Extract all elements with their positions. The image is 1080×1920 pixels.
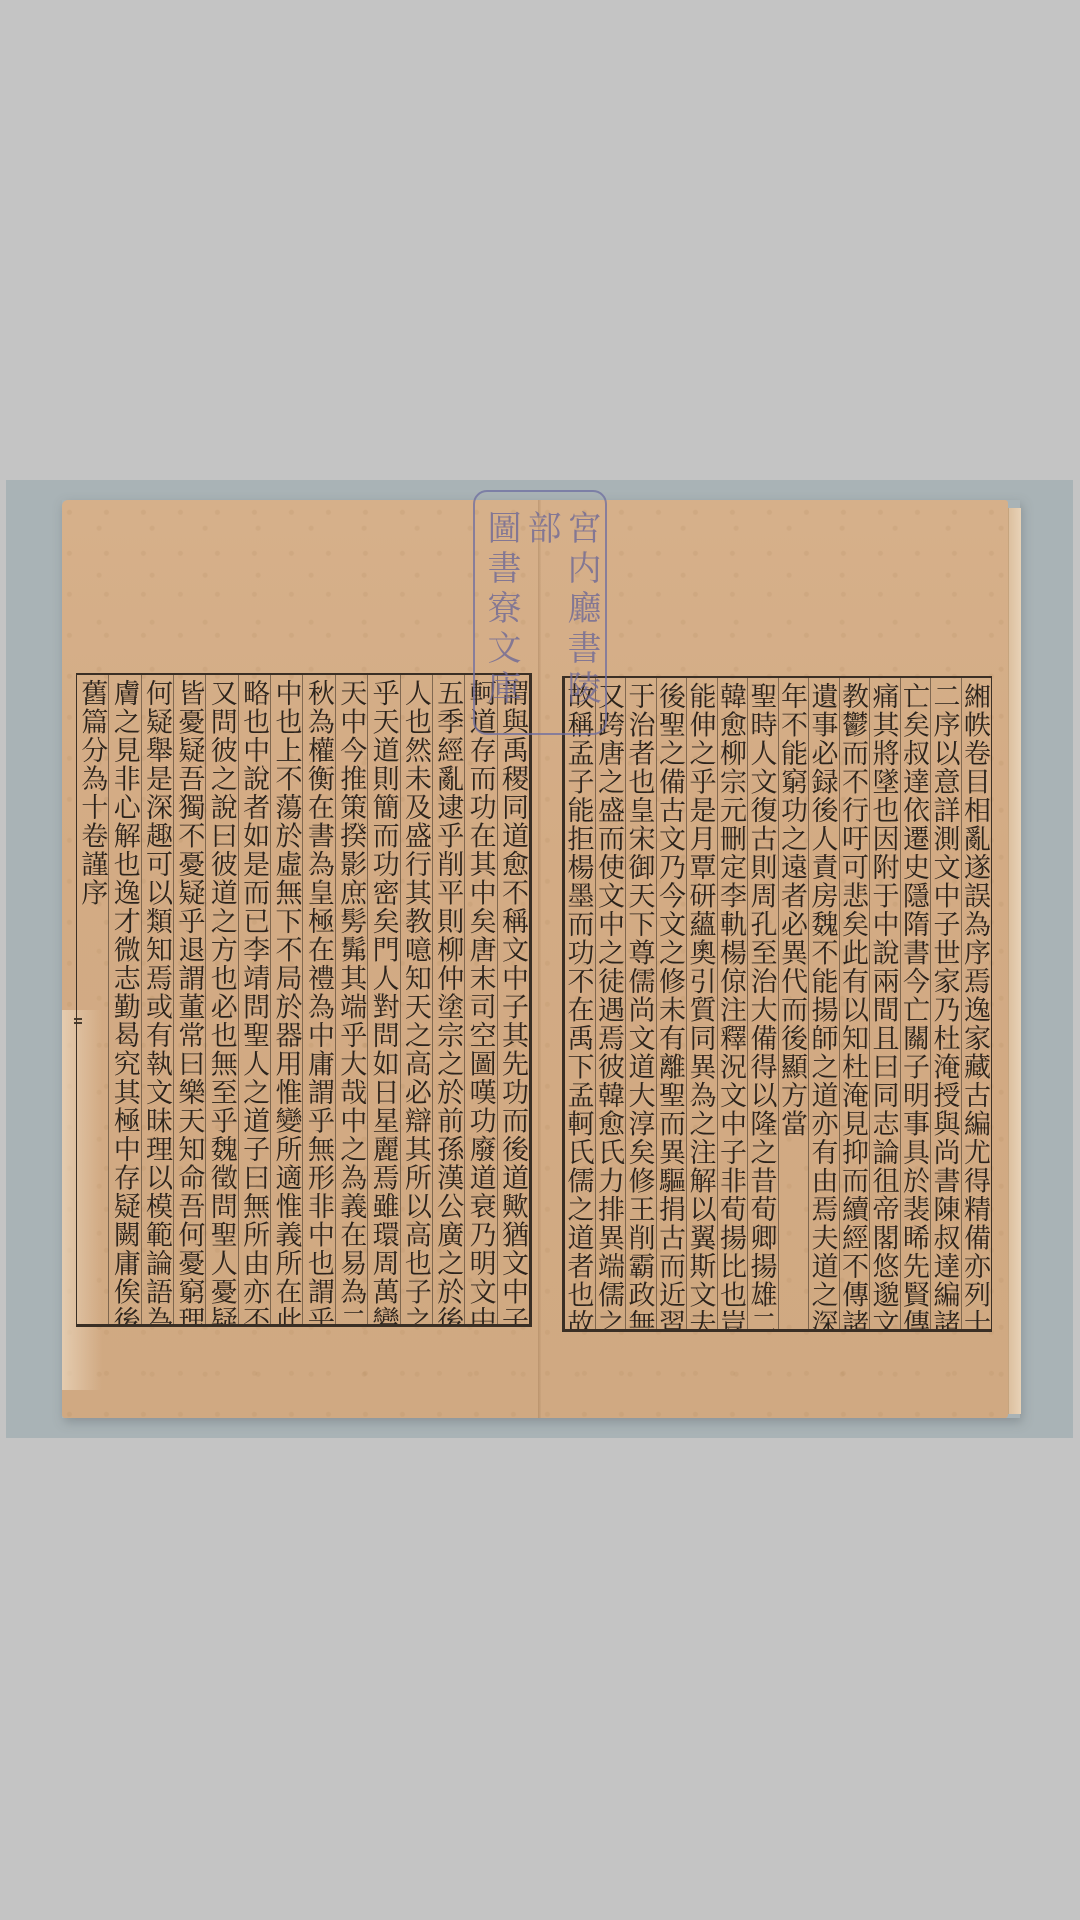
- text-column: 乎天道則簡而功密矣門人對問如日星麗焉雖環周萬變不出乎: [367, 675, 399, 1324]
- text-column: 何疑舉是深趣可以類知焉或有執文昧理以模範論語為病此皮: [141, 675, 173, 1324]
- text-column: 又跨唐之盛而使文中之徒遇焉彼韓愈氏力排異端儒之功者也: [595, 678, 626, 1329]
- text-column: 痛其將墜也因附于中說兩間且曰同志論徂帝閣悠邈文中子之: [869, 678, 900, 1329]
- library-seal-stamp: 宮内廳書陵部 圖書寮文庫: [473, 490, 607, 735]
- text-column: 舊篇分為十卷謹序: [77, 675, 108, 1324]
- text-column: 于治者也皇宋御天下尊儒尚文道大淳矣修王削霸政無雜矣抑: [625, 678, 656, 1329]
- text-column: 緗帙卷目相亂遂誤為序焉逸家藏古編尤得精備亦列十篇實無: [961, 678, 992, 1329]
- text-column: 人也然未及盛行其教噫知天之高必辯其所以高也子之道其天: [400, 675, 432, 1324]
- text-column: 亡矣叔達依遷史隱隋書今亡關子明事具於裴晞先賢傳今亦無存故王氏諸孤: [900, 678, 931, 1329]
- text-column: 能伸之乎是月覃研蘊奧引質同異為之注解以翼斯文夫前聖為: [686, 678, 717, 1329]
- text-column: 故稱孟子能拒楊墨而功不在禹下孟軻氏儒之道者也故稱顏回: [565, 678, 595, 1329]
- text-column: 皆憂疑吾獨不憂疑乎退謂董常曰樂天知命吾何憂窮理盡性吾: [173, 675, 205, 1324]
- text-column: 後聖之備古文乃今文之修未有離聖而異驅捐古而近習而能格: [656, 678, 687, 1329]
- text-column: 又問彼之說曰彼道之方也必也無至乎魏徵問聖人憂疑子曰天下: [205, 675, 237, 1324]
- text-column: 韓愈柳宗元刪定李軌楊倞注釋況文中子非荀揚比也豈學者不: [717, 678, 748, 1329]
- right-page-text-block: 緗帙卷目相亂遂誤為序焉逸家藏古編尤得精備亦列十篇實無 二序以意詳測文中子世家乃杜…: [562, 676, 992, 1332]
- text-column: 二序以意詳測文中子世家乃杜淹授與尚書陳叔達編諸隋書而: [930, 678, 961, 1329]
- seal-text-left: 圖書寮文庫: [481, 510, 521, 727]
- text-column: 天中今推策揆影庶髣髴其端乎大哉中之為義在易為二五在春: [335, 675, 367, 1324]
- text-column: 教鬱而不行吁可悲矣此有以知杜淹見抑而續經不傳諸王自悲而: [839, 678, 870, 1329]
- text-column: 遺事必録後人責房魏不能揚師之道亦有由焉夫道之深者固當: [808, 678, 839, 1329]
- seal-text-right: 宮内廳書陵部: [521, 510, 601, 727]
- text-column: 五季經亂逮乎削平則柳仲塗宗之於前孫漢公廣之於後皆云聖: [432, 675, 464, 1324]
- text-column: 年不能窮功之遠者必異代而後顯方當: [778, 678, 809, 1329]
- text-column: 膚之見非心解也逸才微志勤曷究其極中存疑闕庸俟後賢仍其: [108, 675, 140, 1324]
- text-column: 軻道存而功在其中矣唐末司空圖嘆功廢道衰乃明文中子聖矣: [464, 675, 496, 1324]
- left-page-text-block: 謂與禹稷同道愈不稱文中子其先功而後道歟猶文中子不稱孟 軻道存而功在其中矣唐末司空…: [76, 673, 532, 1327]
- page-edge: [1008, 508, 1021, 1414]
- text-column: 秋為權衡在書為皇極在禮為中庸謂乎無形非中也謂乎有象非: [302, 675, 334, 1324]
- text-column: 謂與禹稷同道愈不稱文中子其先功而後道歟猶文中子不稱孟: [497, 675, 529, 1324]
- text-column: 略也中說者如是而已李靖問聖人之道子曰無所由亦不至於彼: [238, 675, 270, 1324]
- text-column: 聖時人文復古則周孔至治大備得以隆之昔荀卿揚雄二書尚有: [747, 678, 778, 1329]
- text-column: 中也上不蕩於虛無下不局於器用惟變所適惟義所在此中之大: [270, 675, 302, 1324]
